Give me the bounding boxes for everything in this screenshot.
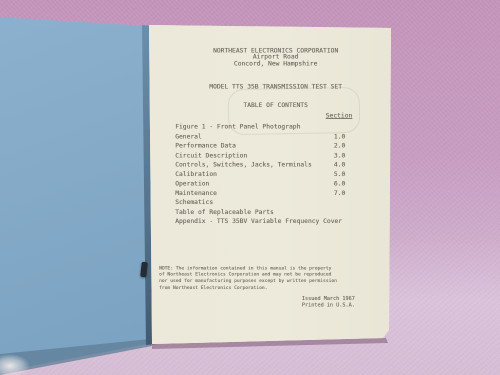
note-line: from Northeast Electronics Corporation. [159, 284, 355, 290]
toc-item-label: Appendix - TTS 35BV Variable Frequency C… [175, 218, 342, 227]
company-address-block: NORTHEAST ELECTRONICS CORPORATION Airpor… [156, 48, 396, 68]
section-column-header: Section [175, 113, 352, 120]
toc-item-label: Table of Replaceable Parts [175, 208, 274, 217]
toc-item-section: 3.0 [334, 151, 345, 160]
toc-row: Appendix - TTS 35BV Variable Frequency C… [175, 218, 345, 227]
toc-item-label: Operation [175, 180, 209, 189]
company-city: Concord, New Hampshire [156, 61, 396, 68]
toc-item-section: 1.0 [334, 132, 345, 141]
model-title: MODEL TTS 35B TRANSMISSION TEST SET [156, 84, 396, 91]
toc-row: Operation 6.0 [175, 180, 345, 189]
toc-row: Performance Data 2.0 [175, 142, 345, 151]
copyright-note: NOTE: The information contained in this … [159, 265, 355, 291]
toc-item-label: Maintenance [175, 189, 217, 198]
toc-item-label: Schematics [175, 199, 213, 208]
toc-item-section: 2.0 [334, 142, 345, 151]
toc-row: General 1.0 [175, 132, 345, 141]
toc-row: Schematics [175, 199, 345, 208]
printed-in: Printed in U.S.A. [302, 302, 386, 308]
toc-item-section: 6.0 [334, 180, 345, 189]
issue-info-block: Issued March 1967 Printed in U.S.A. [302, 295, 386, 308]
toc-item-label: General [175, 132, 202, 141]
toc-row: Figure 1 - Front Panel Photograph [175, 123, 345, 132]
toc-item-label: Figure 1 - Front Panel Photograph [175, 123, 300, 132]
toc-row: Maintenance 7.0 [175, 189, 345, 198]
contents-heading: TABLE OF CONTENTS [156, 102, 396, 109]
note-line: nor used for manufacturing purposes exce… [159, 278, 355, 284]
toc-item-label: Circuit Description [175, 151, 247, 160]
toc-row: Table of Replaceable Parts [175, 208, 345, 217]
toc-item-section: 7.0 [334, 189, 345, 198]
toc-row: Circuit Description 3.0 [175, 151, 345, 160]
toc-row: Calibration 5.0 [175, 170, 345, 179]
toc-row: Controls, Switches, Jacks, Terminals 4.0 [175, 161, 345, 170]
toc-item-label: Calibration [175, 170, 217, 179]
toc-item-section: 4.0 [334, 161, 345, 170]
toc-item-label: Performance Data [175, 142, 236, 151]
table-of-contents-list: Figure 1 - Front Panel Photograph Genera… [175, 123, 345, 227]
corner-glare [0, 354, 30, 375]
page-content: NORTHEAST ELECTRONICS CORPORATION Airpor… [150, 25, 390, 345]
toc-item-label: Controls, Switches, Jacks, Terminals [175, 161, 312, 170]
manual-photo: NORTHEAST ELECTRONICS CORPORATION Airpor… [0, 0, 500, 375]
toc-item-section: 5.0 [334, 170, 345, 179]
